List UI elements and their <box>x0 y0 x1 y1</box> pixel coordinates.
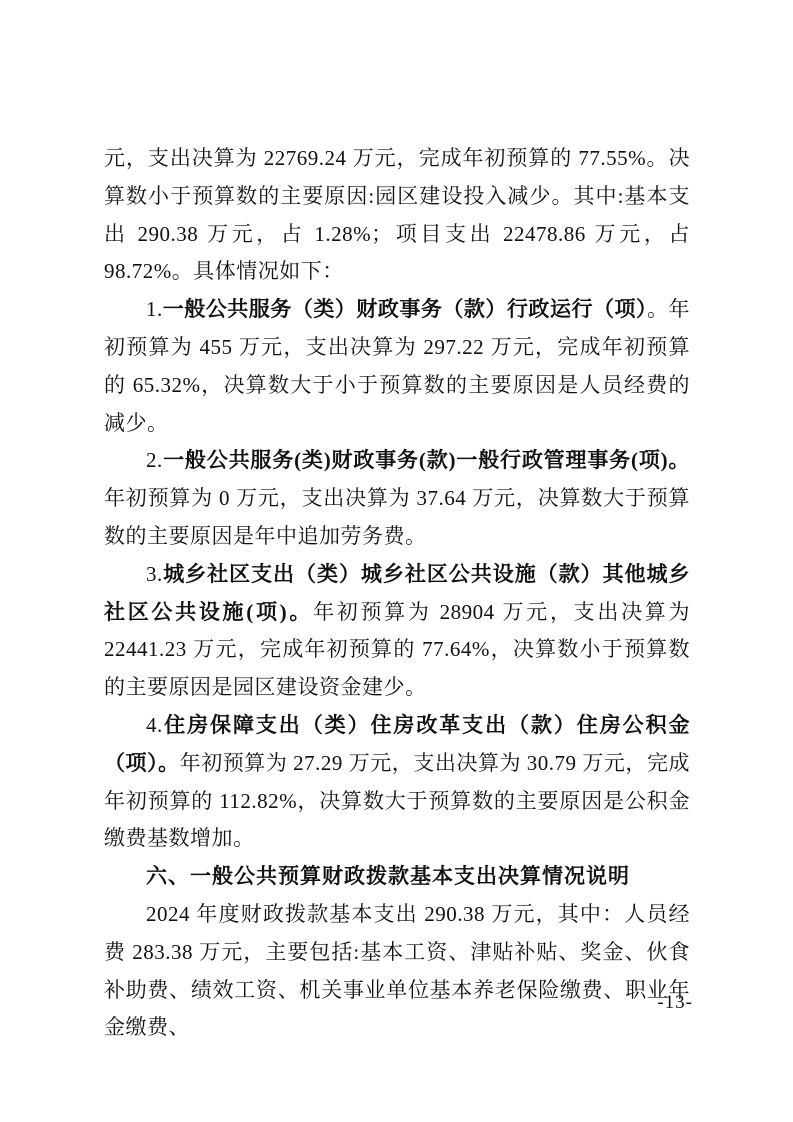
item-3-number: 3. <box>146 562 163 586</box>
item-2-body: 年初预算为 0 万元，支出决算为 37.64 万元，决算数大于预算数的主要原因是… <box>104 486 690 548</box>
document-body: 元，支出决算为 22769.24 万元，完成年初预算的 77.55%。决算数小于… <box>104 140 690 1047</box>
item-4-body: 年初预算为 27.29 万元，支出决算为 30.79 万元，完成年初预算的 11… <box>104 751 690 851</box>
budget-item-1: 1.一般公共服务（类）财政事务（款）行政运行（项）。年初预算为 455 万元，支… <box>104 291 690 442</box>
document-page: 元，支出决算为 22769.24 万元，完成年初预算的 77.55%。决算数小于… <box>0 0 793 1122</box>
item-2-number: 2. <box>146 448 163 472</box>
page-number: -13- <box>657 991 693 1015</box>
section-heading-six-text: 六、一般公共预算财政拨款基本支出决算情况说明 <box>146 865 630 888</box>
section-heading-six: 六、一般公共预算财政拨款基本支出决算情况说明 <box>104 858 690 896</box>
budget-item-3: 3.城乡社区支出（类）城乡社区公共设施（款）其他城乡社区公共设施(项)。年初预算… <box>104 556 690 707</box>
item-1-number: 1. <box>146 297 163 321</box>
paragraph-basic-expenditure: 2024 年度财政拨款基本支出 290.38 万元，其中：人员经费 283.38… <box>104 896 690 1047</box>
item-4-number: 4. <box>146 713 163 737</box>
paragraph-continuation-text: 元，支出决算为 22769.24 万元，完成年初预算的 77.55%。决算数小于… <box>104 146 690 283</box>
budget-item-4: 4.住房保障支出（类）住房改革支出（款）住房公积金（项）。年初预算为 27.29… <box>104 707 690 858</box>
paragraph-basic-expenditure-text: 2024 年度财政拨款基本支出 290.38 万元，其中：人员经费 283.38… <box>104 902 690 1039</box>
item-2-title: 一般公共服务(类)财政事务(款)一般行政管理事务(项)。 <box>163 448 690 472</box>
item-1-title: 一般公共服务（类）财政事务（款）行政运行（项） <box>163 297 647 321</box>
paragraph-continuation: 元，支出决算为 22769.24 万元，完成年初预算的 77.55%。决算数小于… <box>104 140 690 291</box>
budget-item-2: 2.一般公共服务(类)财政事务(款)一般行政管理事务(项)。年初预算为 0 万元… <box>104 442 690 555</box>
